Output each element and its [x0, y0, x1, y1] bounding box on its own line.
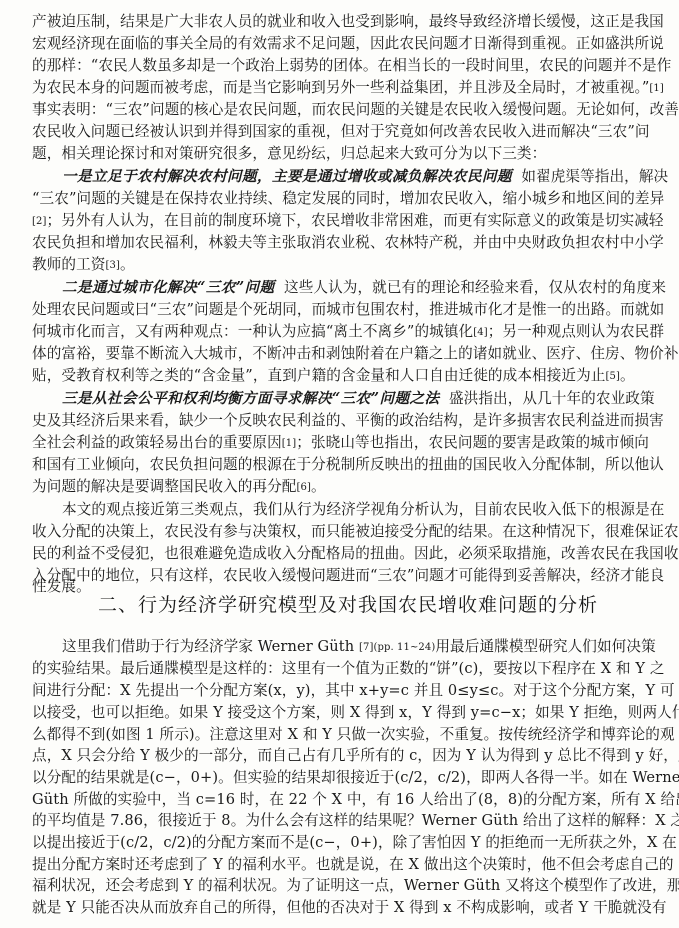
- paragraph-lead-heading: 二是通过城市化解决“三农”问题: [62, 279, 275, 296]
- text-line: 一是立足于农村解决农村问题，主要是通过增收或减负解决农民问题 如翟虎渠等指出，解…: [62, 167, 648, 187]
- text-line: 以接受，也可以拒绝。如果 Y 接受这个方案，则 X 得到 x，Y 得到 y=c−…: [32, 703, 648, 723]
- text-line: 么都得不到(如图 1 所示)。注意这里对 X 和 Y 只做一次实验，不重复。按传…: [32, 725, 648, 745]
- text-line: [2]；另外有人认为，在目前的制度环境下，农民增收非常困难，而更有实际意义的政策…: [32, 211, 648, 231]
- citation-ref: [3]: [105, 260, 119, 271]
- text-line: 教师的工资[3]。: [32, 255, 648, 275]
- text-line: 题，相关理论探讨和对策研究很多，意见纷纭，归总起来大致可分为以下三类：: [32, 144, 648, 164]
- text-line: 何城市化而言，又有两种观点：一种认为应搞“离土不离乡”的城镇化[4]；另一种观点…: [32, 322, 648, 342]
- text-line: 就是 Y 只能否决从而放弃自己的所得，但他的否决对于 X 得到 x 不构成影响，…: [32, 898, 648, 918]
- text-line: Güth 所做的实验中，当 c=16 时，在 22 个 X 中，有 16 人给出…: [32, 790, 648, 810]
- text-segment: ；张晓山等也指出，农民问题的要害是政策的城市倾向: [296, 434, 649, 451]
- citation-ref: [5]: [606, 371, 620, 382]
- text-segment: 这里我们借助于行为经济学家 Werner Güth: [62, 638, 359, 655]
- text-line: 的实验结果。最后通牒模型是这样的：这里有一个值为正数的“饼”(c)，要按以下程序…: [32, 659, 648, 679]
- text-segment: 为农民本身的问题而被考虑，而是当它影响到另外一些利益集团，并且涉及全局时，才被重…: [32, 79, 649, 96]
- text-segment: ；另外有人认为，在目前的制度环境下，农民增收非常困难，而更有实际意义的政策是切实…: [46, 212, 663, 229]
- text-line: 这里我们借助于行为经济学家 Werner Güth [7](pp. 11~24)…: [62, 637, 648, 657]
- text-segment: ；另一种观点则认为农民群: [488, 323, 664, 340]
- text-segment: 贴，受教育权利等之类的“含金量”，直到户籍的含金量和人口自由迁徙的成本相接近为止: [32, 367, 606, 384]
- text-line: 民的利益不受侵犯，也很难避免造成收入分配格局的扭曲。因此，必须采取措施，改善农民…: [32, 544, 648, 564]
- text-line: 间进行分配：X 先提出一个分配方案(x，y)，其中 x+y=c 并且 0≤y≤c…: [32, 681, 648, 701]
- paper-page: 产被迫压制，结果是广大非农人员的就业和收入也受到影响，最终导致经济增长缓慢，这正…: [0, 0, 679, 928]
- text-line: 和国有工业倾向，农民负担问题的根源在于分税制所反映出的扭曲的国民收入分配体制，所…: [32, 455, 648, 475]
- text-line: 性发展。: [32, 577, 648, 597]
- citation-ref: [6]: [297, 482, 311, 493]
- text-segment: 用最后通牒模型研究人们如何决策: [435, 638, 655, 655]
- text-line: 农民负担和增加农民福利，林毅夫等主张取消农业税、农林特产税，并由中央财政负担农村…: [32, 233, 648, 253]
- text-segment: 盛洪指出，从几十年的农业政策: [449, 390, 655, 407]
- text-line: 为农民本身的问题而被考虑，而是当它影响到另外一些利益集团，并且涉及全局时，才被重…: [32, 78, 648, 98]
- text-line: 的平均值是 7.86，很接近于 8。为什么会有这样的结果呢？Werner Güt…: [32, 811, 648, 831]
- text-segment: 教师的工资: [32, 256, 105, 273]
- text-line: “三农”问题的关键是在保持农业持续、稳定发展的同时，增加农民收入，缩小城乡和地区…: [32, 189, 648, 209]
- text-line: 体的富裕，要靠不断流入大城市，不断冲击和剥蚀附着在户籍之上的诸如就业、医疗、住房…: [32, 344, 648, 364]
- text-segment: 为问题的解决是要调整国民收入的再分配: [32, 478, 297, 495]
- text-line: 产被迫压制，结果是广大非农人员的就业和收入也受到影响，最终导致经济增长缓慢，这正…: [32, 12, 648, 32]
- text-line: 以提出接近于(c/2，c/2)的分配方案而不是(c−，0+)，除了害怕因 Y 的…: [32, 833, 648, 853]
- text-line: 事实表明：“三农”问题的核心是农民问题，而农民问题的关键是农民收入缓慢问题。无论…: [32, 100, 648, 120]
- citation-ref: [1]: [282, 438, 296, 449]
- paragraph-lead-heading: 三是从社会公平和权利均衡方面寻求解决“三农”问题之法: [62, 390, 439, 407]
- text-line: 以分配的结果就是(c−，0+)。但实验的结果却很接近于(c/2，c/2)，即两人…: [32, 768, 648, 788]
- citation-ref: [2]: [32, 216, 46, 227]
- text-line: 农民收入问题已经被认识到并得到国家的重视，但对于究竟如何改善农民收入进而解决“三…: [32, 122, 648, 142]
- text-line: 的那样：“农民人数虽多却是一个政治上弱势的团体。在相当长的一段时间里，农民的问题…: [32, 56, 648, 76]
- text-line: 全社会利益的政策轻易出台的重要原因[1]；张晓山等也指出，农民问题的要害是政策的…: [32, 433, 648, 453]
- punctuation: 。: [311, 478, 326, 495]
- text-line: 三是从社会公平和权利均衡方面寻求解决“三农”问题之法 盛洪指出，从几十年的农业政…: [62, 389, 648, 409]
- citation-ref: [1]: [649, 83, 663, 94]
- text-line: 提出分配方案时还考虑到了 Y 的福利水平。也就是说，在 X 做出这个决策时，他不…: [32, 855, 648, 875]
- text-segment: 如翟虎渠等指出，解决: [521, 168, 668, 185]
- text-line: 收入分配的决策上，农民没有参与决策权，而只能被迫接受分配的结果。在这种情况下，很…: [32, 522, 648, 542]
- text-segment: 何城市化而言，又有两种观点：一种认为应搞“离土不离乡”的城镇化: [32, 323, 473, 340]
- text-segment: 这些人认为，就已有的理论和经验来看，仅从农村的角度来: [284, 279, 666, 296]
- text-line: 宏观经济现在面临的事关全局的有效需求不足问题，因此农民问题才日渐得到重视。正如盛…: [32, 34, 648, 54]
- punctuation: 。: [620, 367, 635, 384]
- text-line: 贴，受教育权利等之类的“含金量”，直到户籍的含金量和人口自由迁徙的成本相接近为止…: [32, 366, 648, 386]
- punctuation: 。: [120, 256, 135, 273]
- text-line: 福利状况，还会考虑到 Y 的福利状况。为了证明这一点，Werner Güth 又…: [32, 876, 648, 896]
- text-line: 史及其经济后果来看，缺少一个反映农民利益的、平衡的政治结构，是许多损害农民利益进…: [32, 411, 648, 431]
- text-line: 点，X 只会分给 Y 极少的一部分，而自己占有几乎所有的 c，因为 Y 认为得到…: [32, 746, 648, 766]
- citation-ref: [4]: [473, 327, 487, 338]
- text-line: 二是通过城市化解决“三农”问题 这些人认为，就已有的理论和经验来看，仅从农村的角…: [62, 278, 648, 298]
- text-segment: 全社会利益的政策轻易出台的重要原因: [32, 434, 282, 451]
- text-line: 本文的观点接近第三类观点，我们从行为经济学视角分析认为，目前农民收入低下的根源是…: [62, 500, 648, 520]
- paragraph-lead-heading: 一是立足于农村解决农村问题，主要是通过增收或减负解决农民问题: [62, 168, 512, 185]
- citation-ref: [7](pp. 11~24): [359, 642, 435, 653]
- text-line: 为问题的解决是要调整国民收入的再分配[6]。: [32, 477, 648, 497]
- text-line: 处理农民问题或曰“三农”问题是个死胡同，而城市包围农村，推进城市化才是惟一的出路…: [32, 300, 648, 320]
